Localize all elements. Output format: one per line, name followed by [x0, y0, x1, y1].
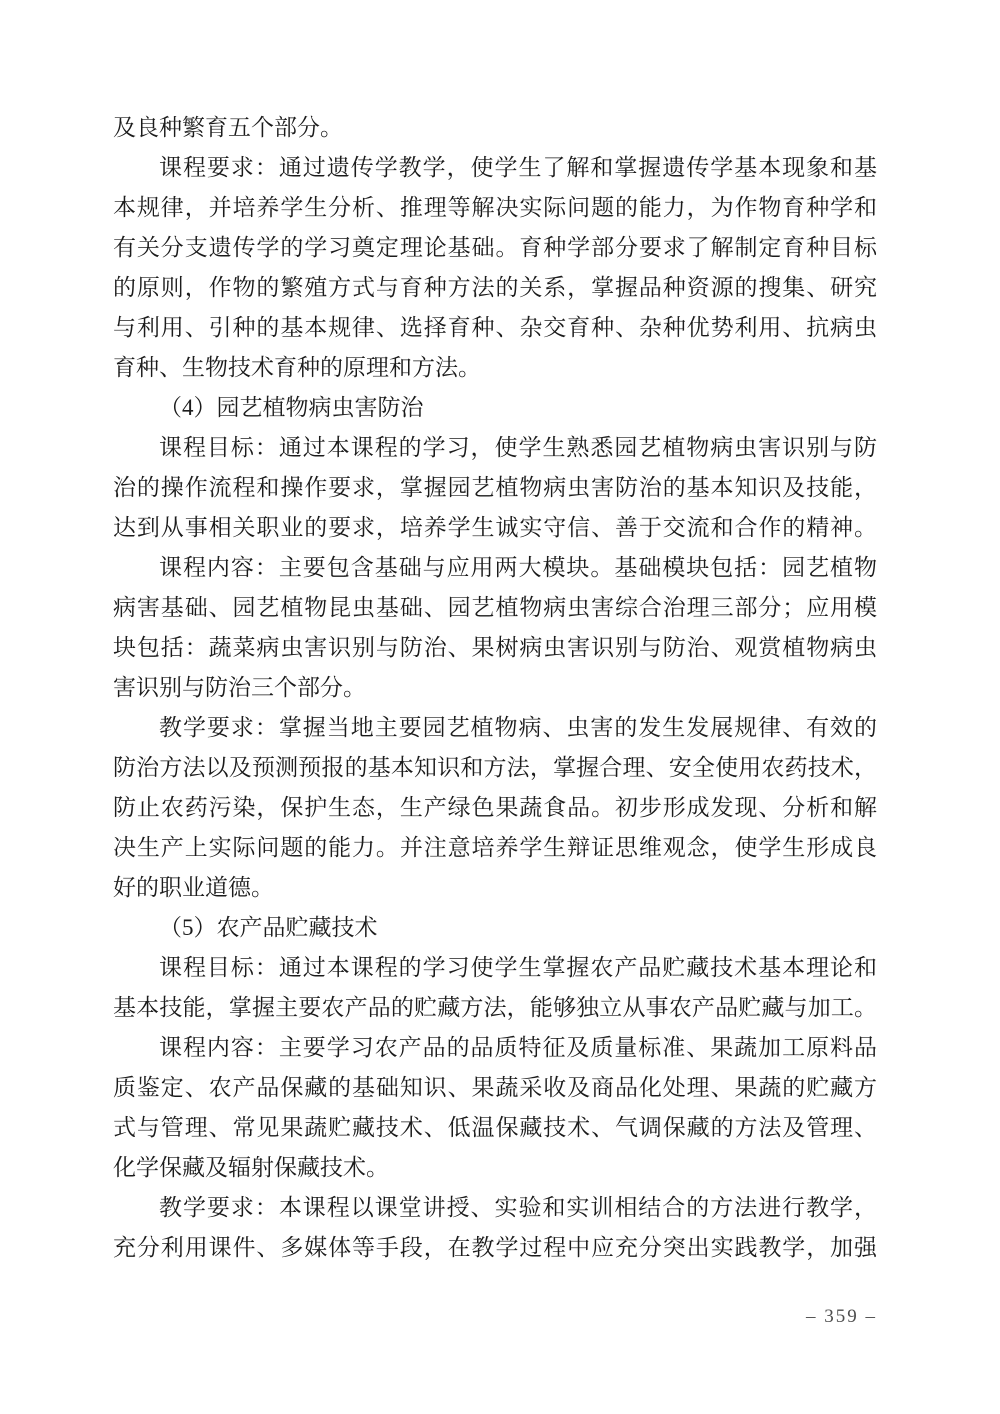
text-line: 有关分支遗传学的学习奠定理论基础。育种学部分要求了解制定育种目标 — [113, 228, 877, 268]
text-line: 质鉴定、农产品保藏的基础知识、果蔬采收及商品化处理、果蔬的贮藏方 — [113, 1068, 877, 1108]
text-line: 防止农药污染，保护生态，生产绿色果蔬食品。初步形成发现、分析和解 — [113, 788, 877, 828]
text-line: 好的职业道德。 — [113, 868, 877, 908]
text-line: 与利用、引种的基本规律、选择育种、杂交育种、杂种优势利用、抗病虫 — [113, 308, 877, 348]
text-line: 育种、生物技术育种的原理和方法。 — [113, 348, 877, 388]
text-line: （4）园艺植物病虫害防治 — [113, 388, 877, 428]
text-line: 课程要求：通过遗传学教学，使学生了解和掌握遗传学基本现象和基 — [113, 148, 877, 188]
text-line: 及良种繁育五个部分。 — [113, 108, 877, 148]
text-line: 课程目标：通过本课程的学习使学生掌握农产品贮藏技术基本理论和 — [113, 948, 877, 988]
text-line: 基本技能，掌握主要农产品的贮藏方法，能够独立从事农产品贮藏与加工。 — [113, 988, 877, 1028]
text-line: 病害基础、园艺植物昆虫基础、园艺植物病虫害综合治理三部分；应用模 — [113, 588, 877, 628]
text-line: 课程内容：主要包含基础与应用两大模块。基础模块包括：园艺植物 — [113, 548, 877, 588]
text-line: 本规律，并培养学生分析、推理等解决实际问题的能力，为作物育种学和 — [113, 188, 877, 228]
text-line: 教学要求：掌握当地主要园艺植物病、虫害的发生发展规律、有效的 — [113, 708, 877, 748]
text-line: 治的操作流程和操作要求，掌握园艺植物病虫害防治的基本知识及技能， — [113, 468, 877, 508]
text-line: 化学保藏及辐射保藏技术。 — [113, 1148, 877, 1188]
text-line: 决生产上实际问题的能力。并注意培养学生辩证思维观念，使学生形成良 — [113, 828, 877, 868]
page-number: – 359 – — [806, 1306, 877, 1328]
text-line: 块包括：蔬菜病虫害识别与防治、果树病虫害识别与防治、观赏植物病虫 — [113, 628, 877, 668]
text-line: 课程目标：通过本课程的学习，使学生熟悉园艺植物病虫害识别与防 — [113, 428, 877, 468]
document-page: 及良种繁育五个部分。课程要求：通过遗传学教学，使学生了解和掌握遗传学基本现象和基… — [0, 0, 1000, 1414]
text-line: 式与管理、常见果蔬贮藏技术、低温保藏技术、气调保藏的方法及管理、 — [113, 1108, 877, 1148]
text-line: 课程内容：主要学习农产品的品质特征及质量标准、果蔬加工原料品 — [113, 1028, 877, 1068]
text-line: 充分利用课件、多媒体等手段，在教学过程中应充分突出实践教学，加强 — [113, 1228, 877, 1268]
text-line: 害识别与防治三个部分。 — [113, 668, 877, 708]
text-line: （5）农产品贮藏技术 — [113, 908, 877, 948]
document-body: 及良种繁育五个部分。课程要求：通过遗传学教学，使学生了解和掌握遗传学基本现象和基… — [113, 108, 877, 1268]
text-line: 的原则，作物的繁殖方式与育种方法的关系，掌握品种资源的搜集、研究 — [113, 268, 877, 308]
text-line: 防治方法以及预测预报的基本知识和方法，掌握合理、安全使用农药技术， — [113, 748, 877, 788]
text-line: 教学要求：本课程以课堂讲授、实验和实训相结合的方法进行教学， — [113, 1188, 877, 1228]
text-line: 达到从事相关职业的要求，培养学生诚实守信、善于交流和合作的精神。 — [113, 508, 877, 548]
